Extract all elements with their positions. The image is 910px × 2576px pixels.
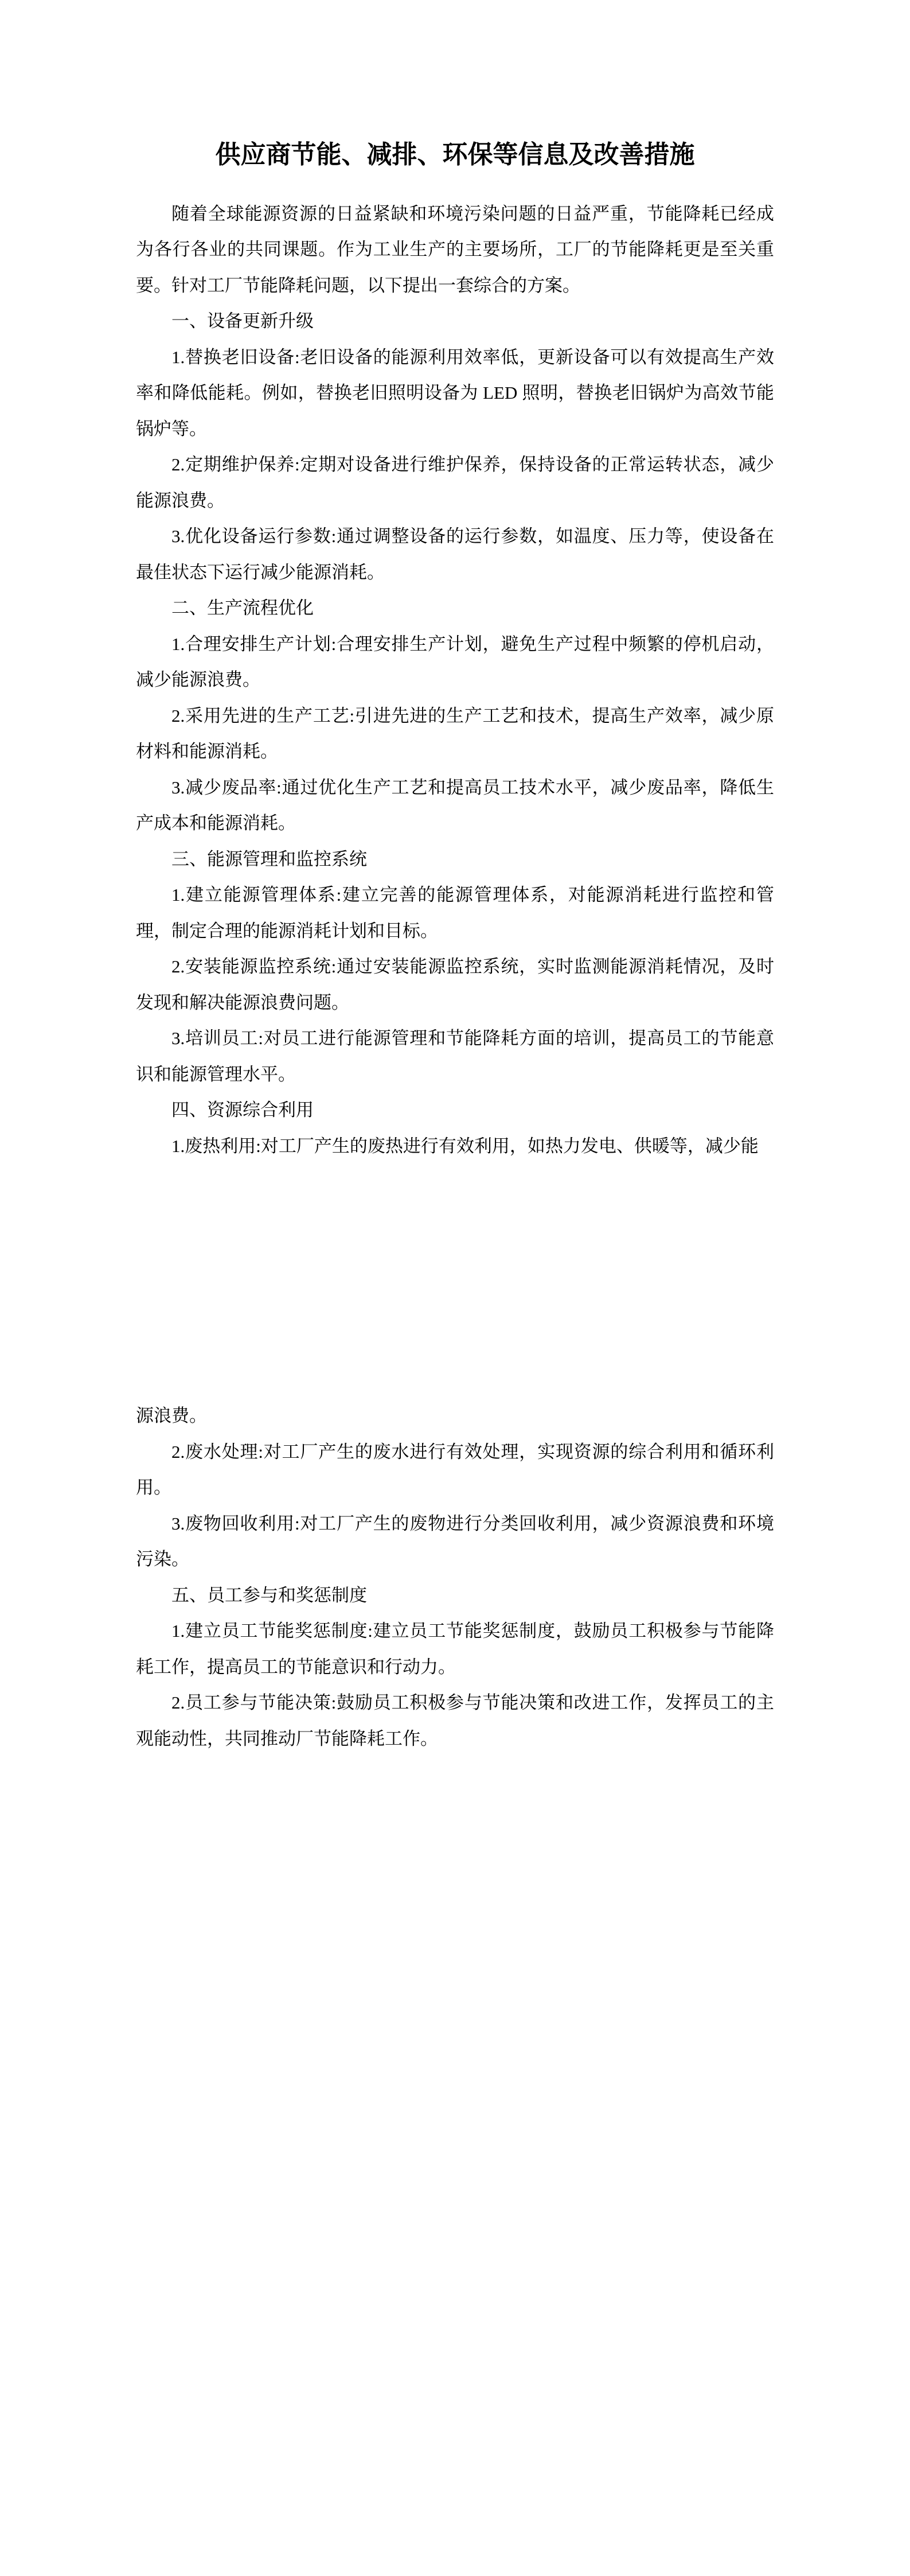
paragraph: 随着全球能源资源的日益紧缺和环境污染问题的日益严重，节能降耗已经成为各行各业的共… (136, 196, 774, 304)
section-heading: 三、能源管理和监控系统 (136, 842, 774, 878)
paragraph: 1.建立员工节能奖惩制度:建立员工节能奖惩制度，鼓励员工积极参与节能降耗工作，提… (136, 1613, 774, 1685)
paragraph: 1.废热利用:对工厂产生的废热进行有效利用，如热力发电、供暖等，减少能 (136, 1129, 774, 1165)
paragraph: 1.合理安排生产计划:合理安排生产计划，避免生产过程中频繁的停机启动，减少能源浪… (136, 627, 774, 698)
paragraph: 1.建立能源管理体系:建立完善的能源管理体系，对能源消耗进行监控和管理，制定合理… (136, 877, 774, 949)
paragraph: 2.定期维护保养:定期对设备进行维护保养，保持设备的正常运转状态，减少能源浪费。 (136, 447, 774, 519)
section-heading: 五、员工参与和奖惩制度 (136, 1578, 774, 1614)
section-heading: 一、设备更新升级 (136, 303, 774, 340)
paragraph: 源浪费。 (136, 1398, 774, 1434)
document-column: 供应商节能、减排、环保等信息及改善措施 随着全球能源资源的日益紧缺和环境污染问题… (136, 0, 774, 1757)
document-title: 供应商节能、减排、环保等信息及改善措施 (136, 137, 774, 173)
paragraph: 1.替换老旧设备:老旧设备的能源利用效率低，更新设备可以有效提高生产效率和降低能… (136, 340, 774, 448)
document-body: 随着全球能源资源的日益紧缺和环境污染问题的日益严重，节能降耗已经成为各行各业的共… (136, 196, 774, 1757)
page-break-gap (136, 1164, 774, 1398)
paragraph: 3.培训员工:对员工进行能源管理和节能降耗方面的培训，提高员工的节能意识和能源管… (136, 1021, 774, 1092)
section-heading: 二、生产流程优化 (136, 590, 774, 627)
paragraph: 3.减少废品率:通过优化生产工艺和提高员工技术水平，减少废品率，降低生产成本和能… (136, 770, 774, 842)
paragraph: 3.废物回收利用:对工厂产生的废物进行分类回收利用，减少资源浪费和环境污染。 (136, 1506, 774, 1578)
section-heading: 四、资源综合利用 (136, 1092, 774, 1129)
paragraph: 3.优化设备运行参数:通过调整设备的运行参数，如温度、压力等，使设备在最佳状态下… (136, 519, 774, 590)
paragraph: 2.废水处理:对工厂产生的废水进行有效处理，实现资源的综合利用和循环利用。 (136, 1434, 774, 1506)
paragraph: 2.安装能源监控系统:通过安装能源监控系统，实时监测能源消耗情况，及时发现和解决… (136, 949, 774, 1021)
paragraph: 2.员工参与节能决策:鼓励员工积极参与节能决策和改进工作，发挥员工的主观能动性，… (136, 1685, 774, 1757)
paragraph: 2.采用先进的生产工艺:引进先进的生产工艺和技术，提高生产效率，减少原材料和能源… (136, 698, 774, 770)
document-page: 供应商节能、减排、环保等信息及改善措施 随着全球能源资源的日益紧缺和环境污染问题… (0, 0, 910, 2576)
